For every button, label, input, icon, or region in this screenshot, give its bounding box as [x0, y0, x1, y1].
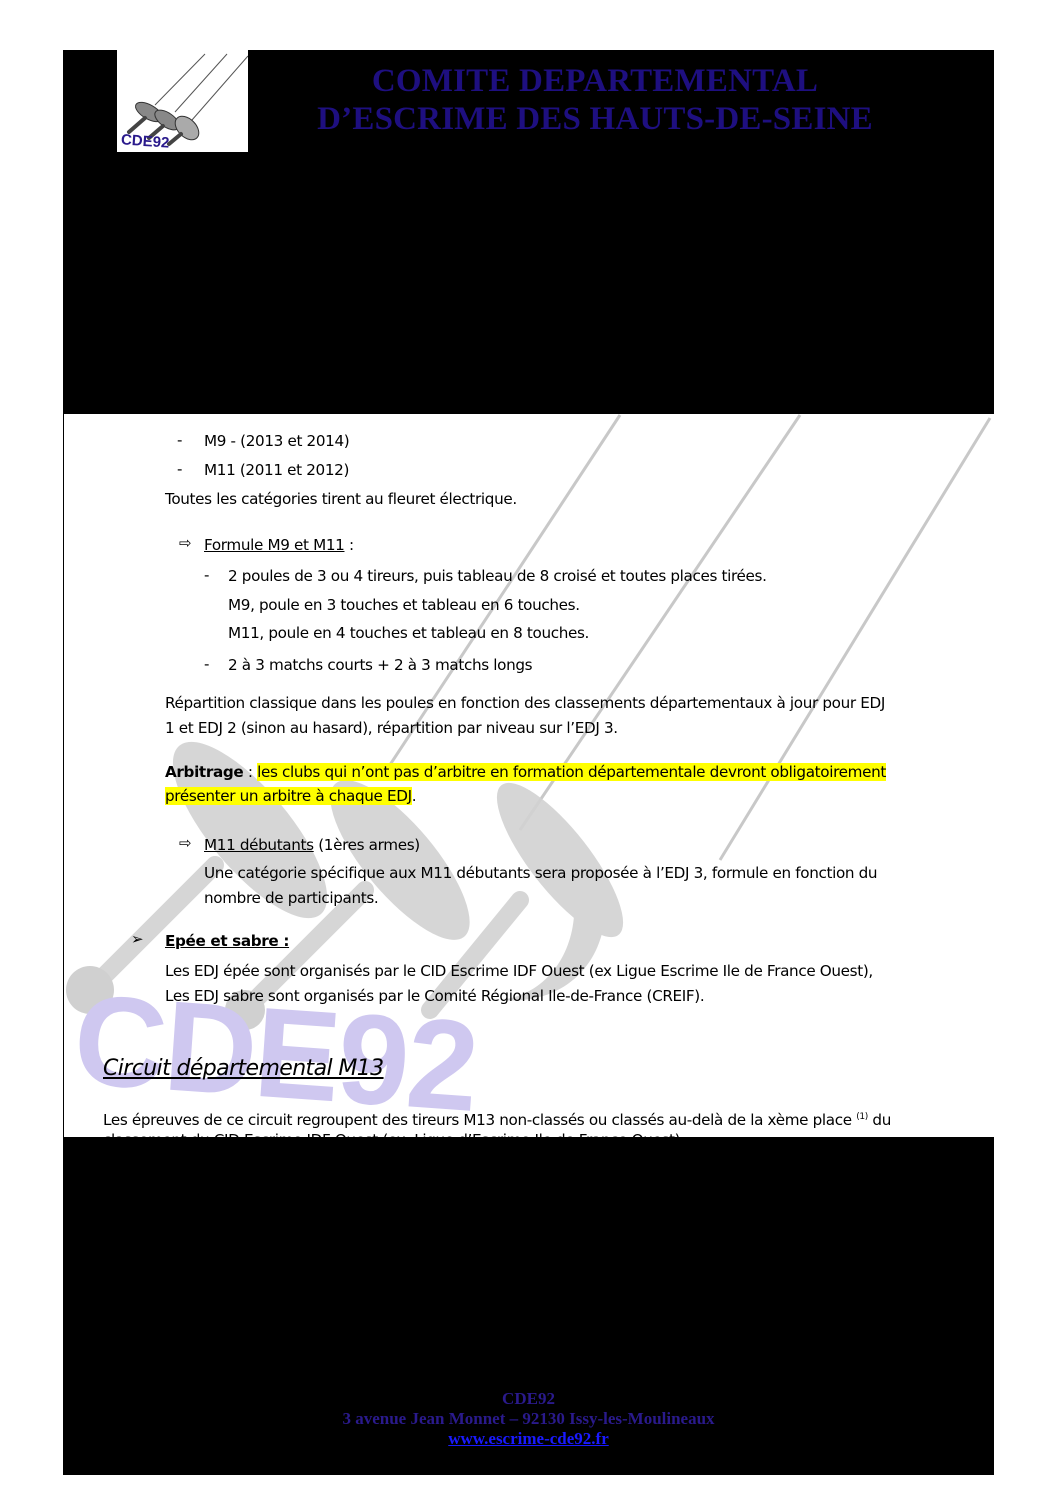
epee-sabre-line: Les EDJ épée sont organisés par le CID E… — [165, 961, 873, 981]
section-title-circuit: Circuit départemental M13 — [103, 1056, 384, 1081]
epee-sabre-title: Epée et sabre : — [165, 931, 289, 951]
debutants-line: nombre de participants. — [204, 888, 378, 908]
repartition-line: Répartition classique dans les poules en… — [165, 693, 885, 713]
list-bullet: - — [204, 655, 209, 673]
circuit-text: Les épreuves de ce circuit regroupent de… — [103, 1111, 852, 1129]
formule-suffix: : — [344, 536, 353, 554]
footer-website-link[interactable]: www.escrime-cde92.fr — [448, 1429, 609, 1448]
category-item: M9 - (2013 et 2014) — [204, 431, 349, 451]
org-title-line1: COMITE DEPARTEMENTAL — [250, 62, 940, 100]
formule-title: Formule M9 et M11 — [204, 536, 344, 554]
logo-text: CDE92 — [120, 131, 169, 151]
list-bullet: - — [177, 460, 182, 478]
formule-item: 2 à 3 matchs courts + 2 à 3 matchs longs — [228, 655, 532, 675]
arbitrage-line: Arbitrage : les clubs qui n’ont pas d’ar… — [165, 762, 886, 782]
org-title-line2: D’ESCRIME DES HAUTS-DE-SEINE — [250, 100, 940, 138]
footnote-ref[interactable]: (1) — [856, 1112, 868, 1122]
footer-org: CDE92 — [63, 1389, 994, 1409]
epee-sabre-line: Les EDJ sabre sont organisés par le Comi… — [165, 986, 704, 1006]
arrowhead-bullet-icon: ➢ — [131, 930, 144, 948]
list-bullet: - — [177, 431, 182, 449]
list-bullet: - — [204, 566, 209, 584]
formule-heading: Formule M9 et M11 : — [204, 535, 354, 555]
arbitrage-sep: : — [243, 763, 257, 781]
debutants-line: Une catégorie spécifique aux M11 débutan… — [204, 863, 877, 883]
arbitrage-end: . — [412, 787, 416, 805]
arrow-right-icon: ⇨ — [179, 834, 192, 852]
formule-item: 2 poules de 3 ou 4 tireurs, puis tableau… — [228, 566, 767, 586]
debutants-title: M11 débutants — [204, 836, 314, 854]
footer-address: 3 avenue Jean Monnet – 92130 Issy-les-Mo… — [63, 1409, 994, 1429]
debutants-heading: M11 débutants (1ères armes) — [204, 835, 420, 855]
circuit-line: Les épreuves de ce circuit regroupent de… — [103, 1107, 891, 1130]
footer: CDE92 3 avenue Jean Monnet – 92130 Issy-… — [63, 1389, 994, 1449]
formule-item: M11, poule en 4 touches et tableau en 8 … — [228, 623, 589, 643]
formule-item: M9, poule en 3 touches et tableau en 6 t… — [228, 595, 580, 615]
weapon-note: Toutes les catégories tirent au fleuret … — [165, 489, 517, 509]
debutants-suffix: (1ères armes) — [314, 836, 420, 854]
arbitrage-highlight: les clubs qui n’ont pas d’arbitre en for… — [257, 763, 886, 781]
arbitrage-line: présenter un arbitre à chaque EDJ. — [165, 786, 416, 806]
arbitrage-highlight: présenter un arbitre à chaque EDJ — [165, 787, 412, 805]
circuit-text-end: du — [868, 1111, 891, 1129]
logo: CDE92 — [117, 50, 248, 152]
repartition-line: 1 et EDJ 2 (sinon au hasard), répartitio… — [165, 718, 618, 738]
arrow-right-icon: ⇨ — [179, 534, 192, 552]
org-title: COMITE DEPARTEMENTAL D’ESCRIME DES HAUTS… — [250, 62, 940, 138]
category-item: M11 (2011 et 2012) — [204, 460, 349, 480]
arbitrage-label: Arbitrage — [165, 763, 243, 781]
